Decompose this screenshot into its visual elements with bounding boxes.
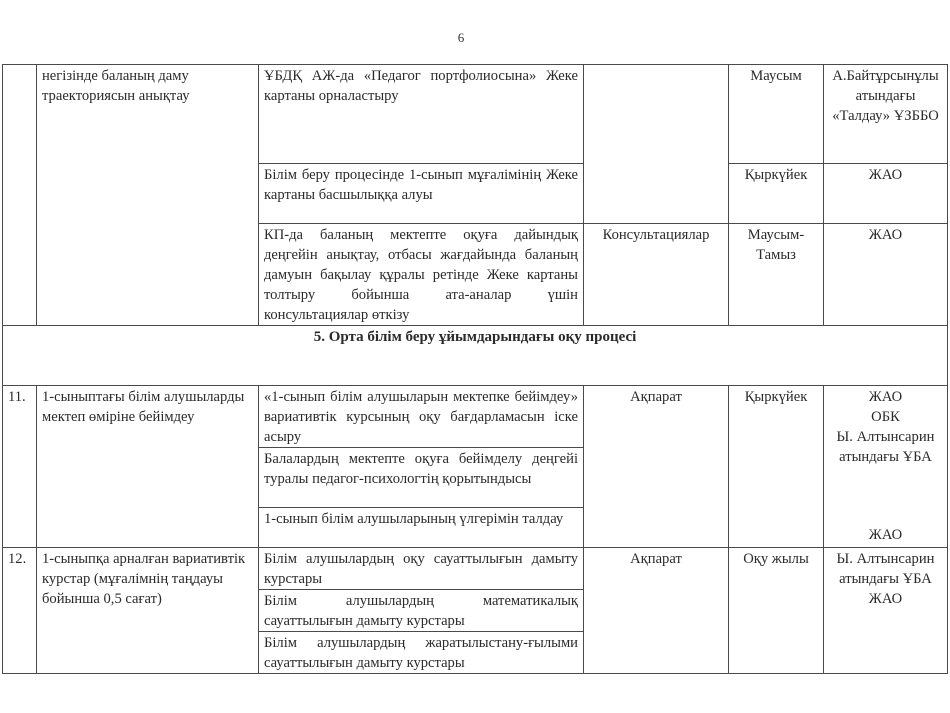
activity-cell: Білім алушылардың жаратылыстану-ғылыми с…: [259, 632, 584, 674]
responsible-line: ЖАО: [829, 387, 942, 407]
responsible-line: Ы. Алтынсарин атындағы ҰБА: [829, 427, 942, 467]
term-cell: Маусым-Тамыз: [729, 224, 824, 326]
responsible-cell: ЖАО: [824, 224, 948, 326]
table-row: 11. 1-сыныптағы білім алушыларды мектеп …: [3, 386, 948, 448]
term-cell: Маусым: [729, 65, 824, 164]
section-title: 5. Орта білім беру ұйымдарындағы оқу про…: [3, 326, 948, 386]
goal-cell: 1-сыныптағы білім алушыларды мектеп өмір…: [37, 386, 259, 548]
responsible-cell: ЖАО: [824, 164, 948, 224]
action-plan-table: негізінде баланың даму траекториясын аны…: [2, 64, 948, 674]
activity-cell: ҰБДҚ АЖ-да «Педагог портфолиосына» Жеке …: [259, 65, 584, 164]
row-number-cell: 11.: [3, 386, 37, 548]
activity-cell: Білім алушылардың математикалық сауаттыл…: [259, 590, 584, 632]
responsible-line: ЖАО: [829, 589, 942, 609]
responsible-line: ЖАО: [829, 525, 942, 545]
goal-cell: 1-сыныпқа арналған вариативтік курстар (…: [37, 548, 259, 674]
responsible-cell: ЖАО ОБК Ы. Алтынсарин атындағы ҰБА ЖАО: [824, 386, 948, 548]
responsible-line: Ы. Алтынсарин атындағы ҰБА: [829, 549, 942, 589]
goal-cell: негізінде баланың даму траекториясын аны…: [37, 65, 259, 326]
activity-cell: Балалардың мектепте оқуға бейімделу деңг…: [259, 448, 584, 508]
activity-cell: «1-сынып білім алушыларын мектепке бейім…: [259, 386, 584, 448]
form-cell: Ақпарат: [584, 386, 729, 548]
activity-cell: КП-да баланың мектепте оқуға дайындық де…: [259, 224, 584, 326]
responsible-line: ОБК: [829, 407, 942, 427]
term-cell: Қыркүйек: [729, 386, 824, 548]
table-row: негізінде баланың даму траекториясын аны…: [3, 65, 948, 164]
term-cell: Қыркүйек: [729, 164, 824, 224]
form-cell: Ақпарат: [584, 548, 729, 674]
activity-cell: Білім алушылардың оқу сауаттылығын дамыт…: [259, 548, 584, 590]
spacer: [829, 467, 942, 525]
activity-cell: 1-сынып білім алушыларының үлгерімін тал…: [259, 508, 584, 548]
form-cell: Консультациялар: [584, 224, 729, 326]
row-number-cell: 12.: [3, 548, 37, 674]
table-row: 12. 1-сыныпқа арналған вариативтік курст…: [3, 548, 948, 590]
activity-cell: Білім беру процесінде 1-сынып мұғаліміні…: [259, 164, 584, 224]
responsible-cell: А.Байтұрсынұлы атындағы «Талдау» ҰЗББО: [824, 65, 948, 164]
form-cell: [584, 65, 729, 224]
responsible-cell: Ы. Алтынсарин атындағы ҰБА ЖАО: [824, 548, 948, 674]
section-row: 5. Орта білім беру ұйымдарындағы оқу про…: [3, 326, 948, 386]
term-cell: Оқу жылы: [729, 548, 824, 674]
row-number-cell: [3, 65, 37, 326]
page-number: 6: [0, 30, 922, 46]
